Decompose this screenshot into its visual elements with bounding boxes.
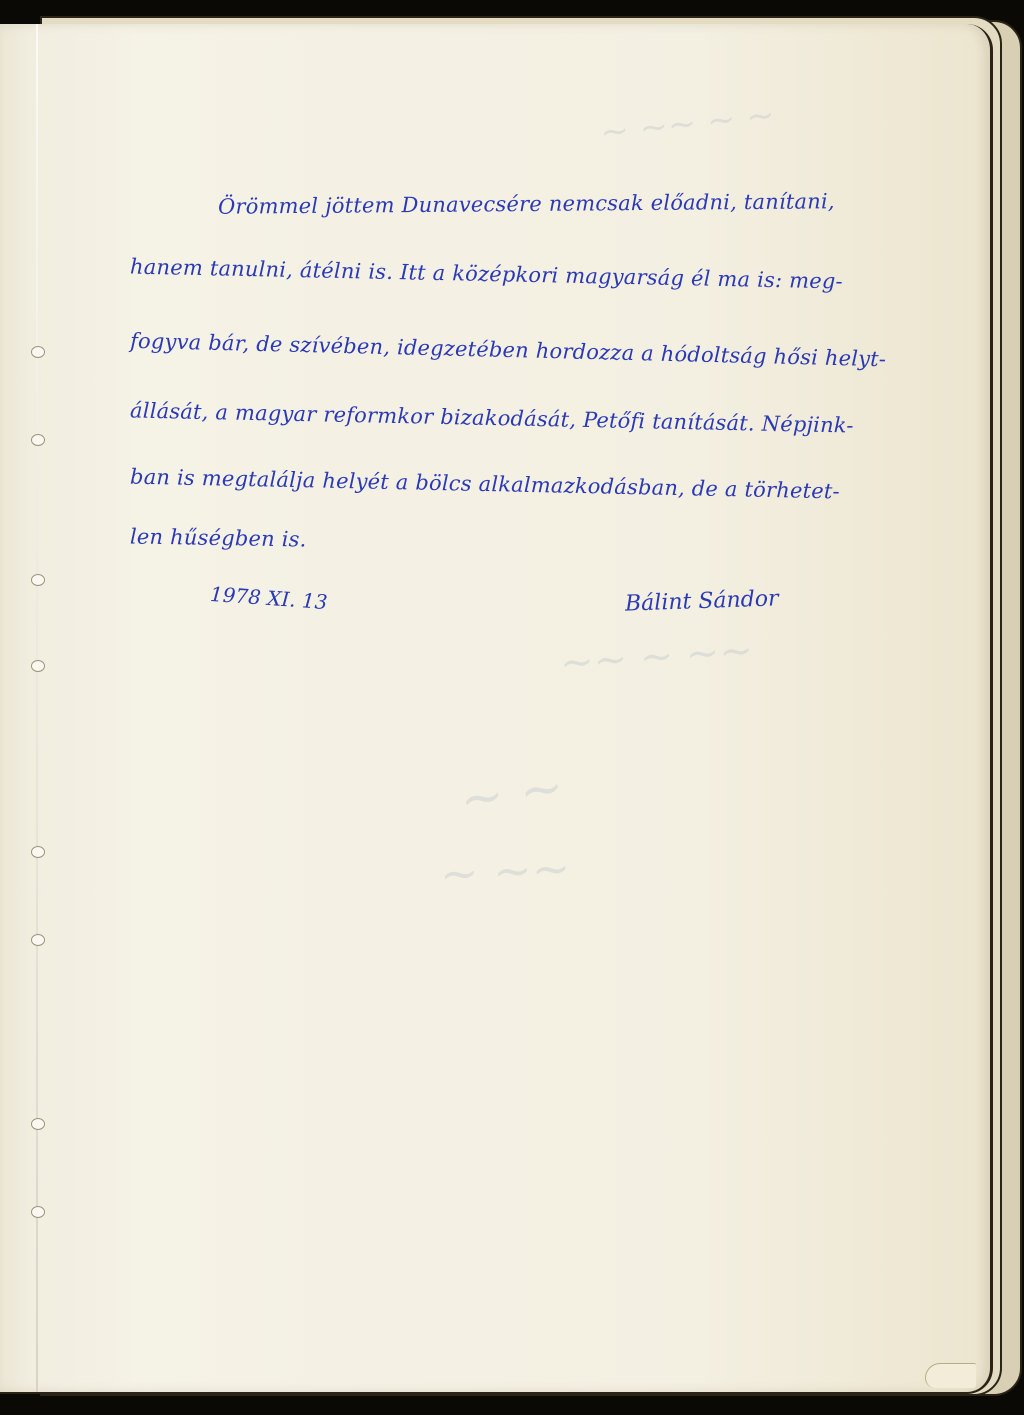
guestbook-page: ~ ~~ ~ ~ ~~ ~ ~~ ~ ~ ~ ~~ Örömmel jöttem… [0, 24, 993, 1394]
bleed-through-marks: ~ ~ [456, 757, 567, 831]
binding-stitch [31, 1206, 45, 1218]
bleed-through-marks: ~ ~~ ~ ~ [598, 95, 776, 153]
binding-stitch [31, 346, 45, 358]
handwritten-line-6: len hűségben is. [130, 524, 307, 551]
binding-stitch [31, 934, 45, 946]
binding-stitch [31, 846, 45, 858]
signature: Bálint Sándor [625, 586, 779, 616]
bleed-through-marks: ~ ~~ [439, 841, 572, 902]
binding-stitch [31, 1118, 45, 1130]
bleed-through-marks: ~~ ~ ~~ [559, 627, 755, 686]
binding-stitch [31, 574, 45, 586]
handwritten-line-1: Örömmel jöttem Dunavecsére nemcsak előad… [218, 189, 835, 218]
handwritten-line-5: ban is megtalálja helyét a bölcs alkalma… [130, 465, 840, 504]
handwritten-line-3: fogyva bár, de szívében, idegzetében hor… [130, 329, 887, 371]
binding-thread [36, 24, 38, 1392]
entry-date: 1978 XI. 13 [209, 582, 328, 614]
handwritten-line-4: állását, a magyar reformkor bizakodását,… [130, 398, 854, 437]
binding-stitch [31, 434, 45, 446]
page-corner-curl [925, 1363, 976, 1388]
binding-stitch [31, 660, 45, 672]
handwritten-line-2: hanem tanulni, átélni is. Itt a középkor… [130, 255, 843, 294]
